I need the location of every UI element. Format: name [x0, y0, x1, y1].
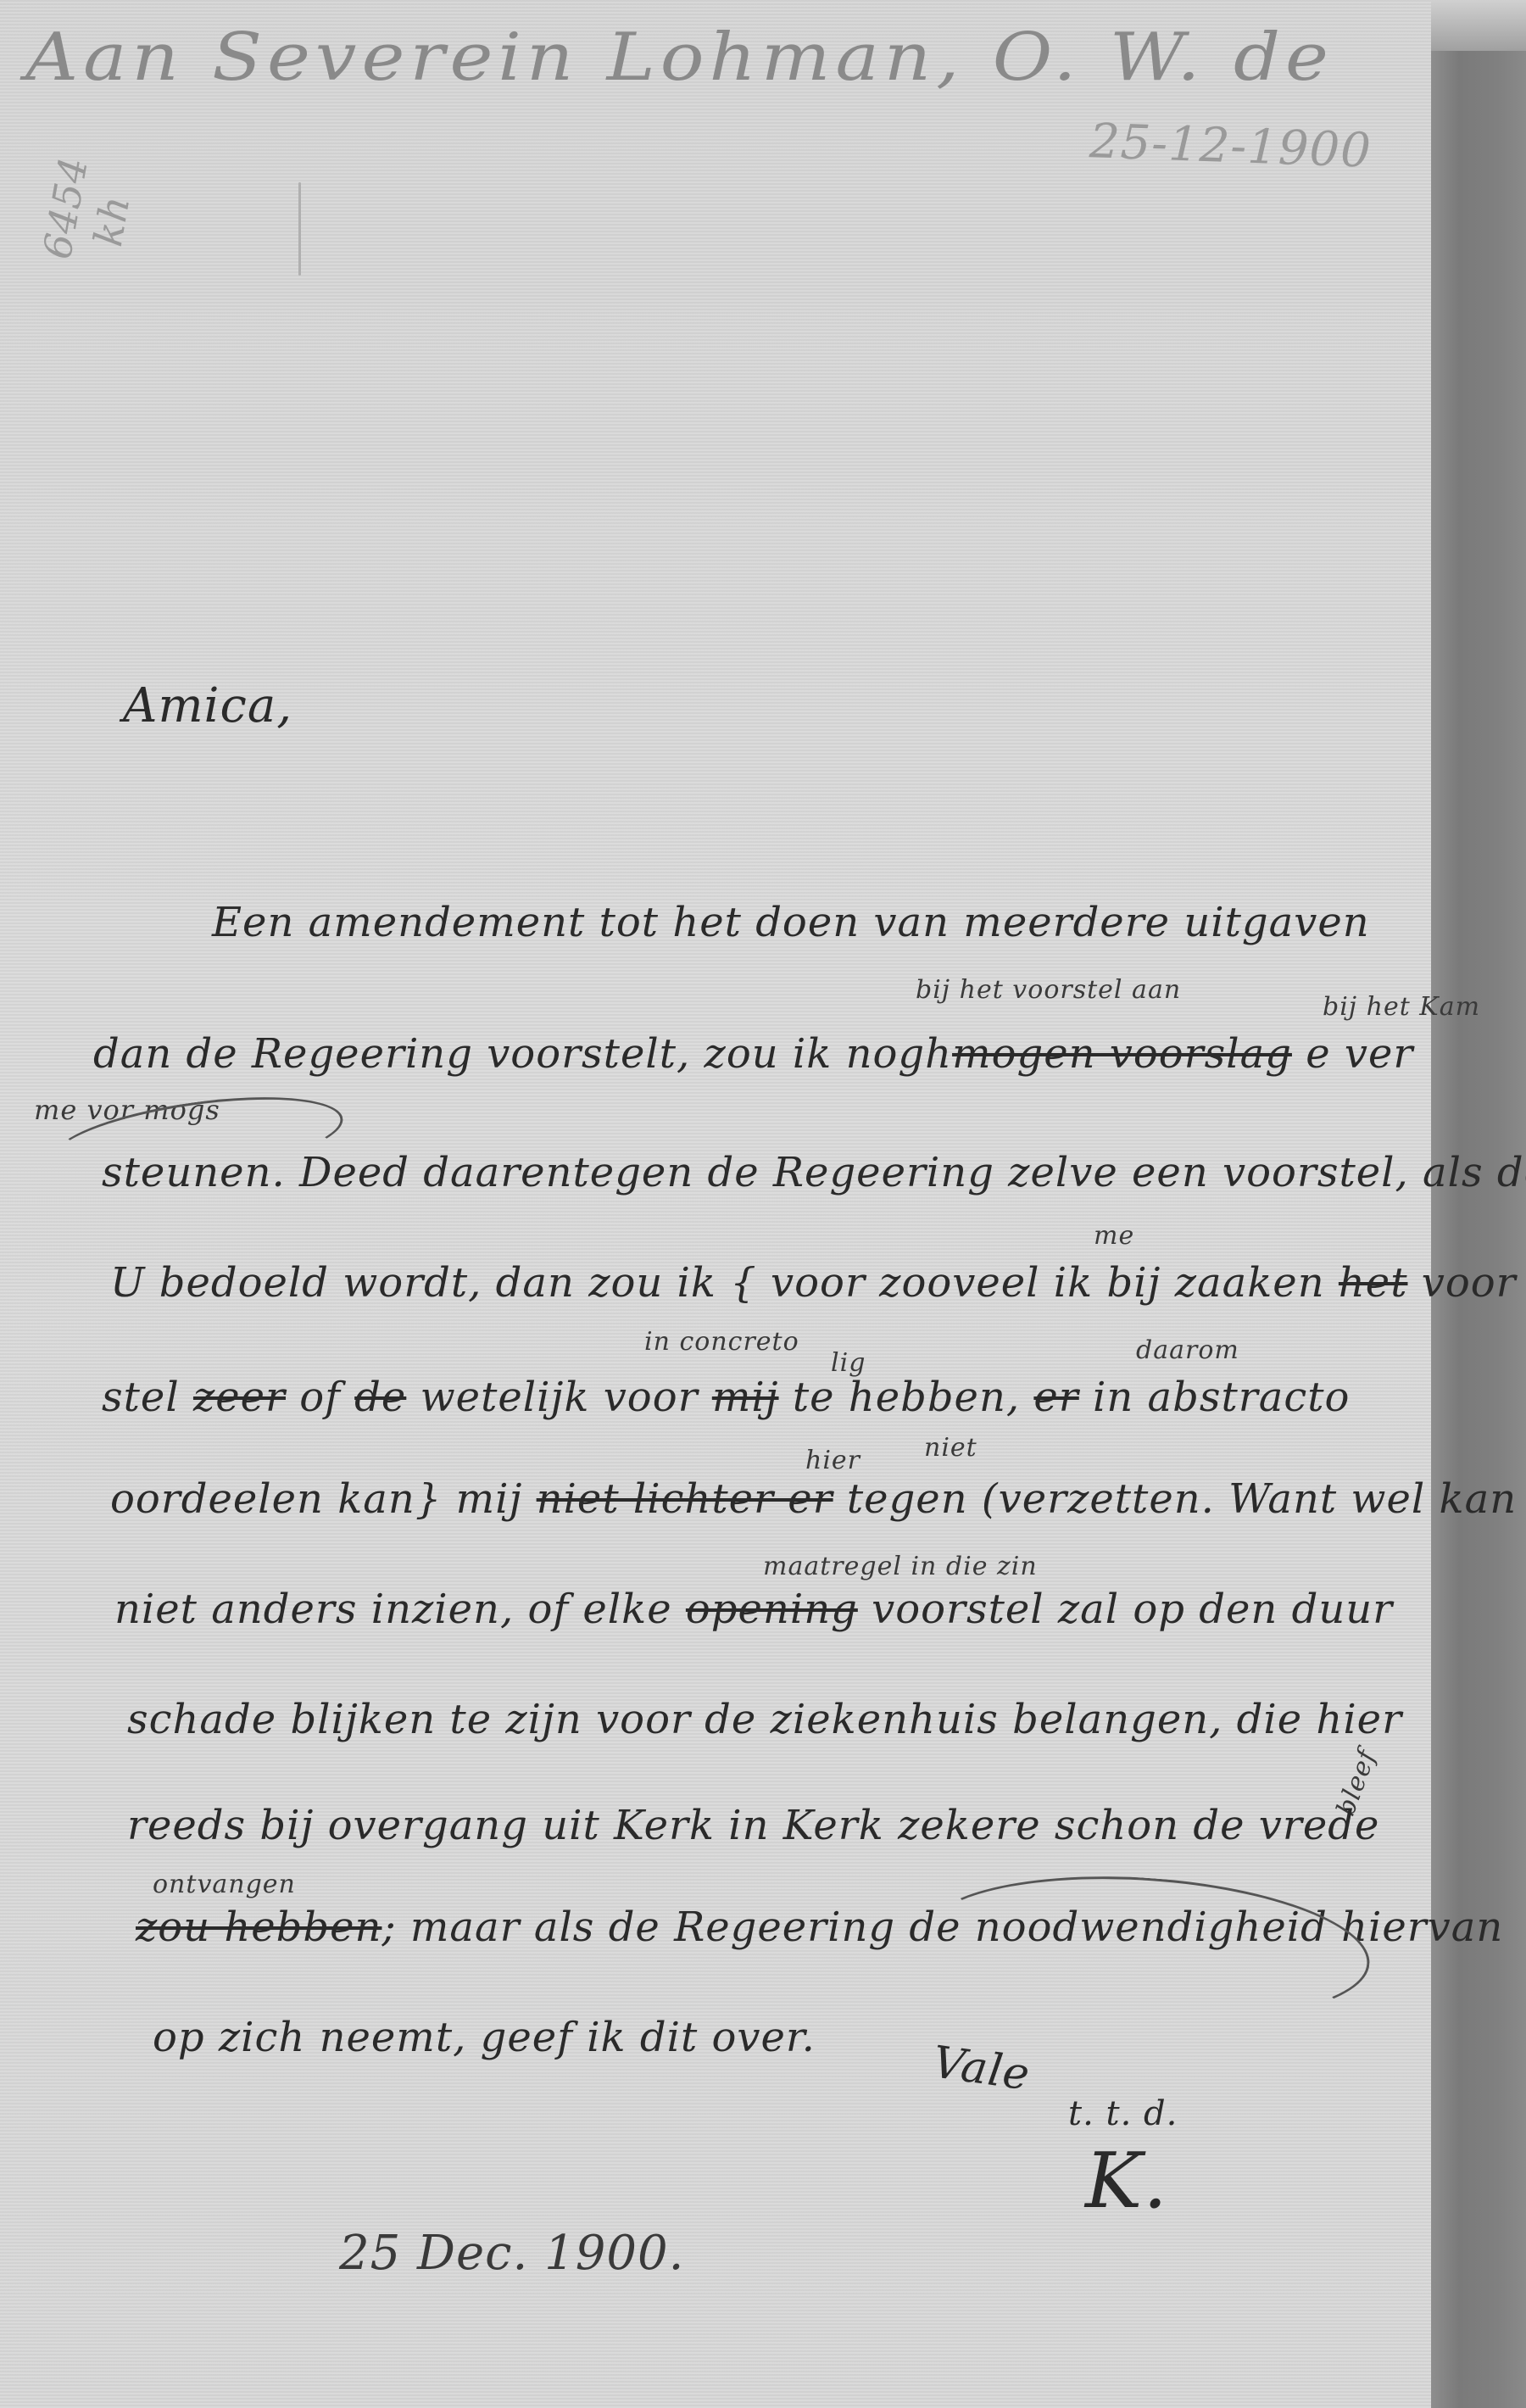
insertion-line-7: maatregel in die zin: [763, 1552, 1038, 1581]
line-5-text-e: wetelijk voor: [406, 1374, 712, 1421]
salutation: Amica,: [123, 678, 292, 733]
line-5-text-c: of: [286, 1374, 354, 1421]
line-4-text-a: U bedoeld wordt, dan zou ik { voor zoove…: [110, 1259, 1339, 1307]
line-5-struck-c: mij: [712, 1374, 779, 1421]
binding-strip: [1431, 51, 1526, 2408]
line-2-text-d: e ver: [1292, 1030, 1413, 1078]
line-5-text-a: stel: [102, 1374, 193, 1421]
line-4-struck: het: [1339, 1259, 1408, 1307]
insertion-line-10: ontvangen: [153, 1870, 296, 1899]
insertion-line-6b: niet: [924, 1433, 977, 1463]
letter-line-3: steunen. Deed daarentegen de Regeering z…: [102, 1149, 1526, 1196]
top-date: 25-12-1900: [1089, 114, 1373, 179]
line-2-struck: mogen voorslag: [952, 1030, 1292, 1078]
header-pencil-note: Aan Severein Lohman, O. W. de: [25, 20, 1334, 96]
insertion-line-5c: daarom: [1136, 1335, 1239, 1365]
letter-line-9: reeds bij overgang uit Kerk in Kerk zeke…: [127, 1802, 1379, 1849]
closing-initials: t. t. d.: [1068, 2094, 1178, 2133]
letter-line-2: dan de Regeering voorstelt, zou ik noghm…: [93, 1030, 1413, 1078]
letter-line-11: op zich neemt, geef ik dit over.: [153, 2014, 816, 2061]
line-6-struck: niet lichter er: [537, 1475, 833, 1523]
line-7-struck: opening: [686, 1586, 858, 1633]
letter-line-4: U bedoeld wordt, dan zou ik { voor zoove…: [110, 1259, 1517, 1307]
signature: K.: [1085, 2137, 1168, 2226]
insertion-line-6a: hier: [805, 1446, 860, 1475]
insertion-line-5a: in concreto: [644, 1327, 799, 1357]
binding-strip-top: [1431, 0, 1526, 51]
letter-line-6: oordeelen kan} mij niet lichter er tegen…: [110, 1475, 1526, 1523]
line-5-struck-d: er: [1033, 1374, 1078, 1421]
line-2-text-b: nogh: [846, 1030, 952, 1078]
line-7-text-c: voorstel zal op den duur: [858, 1586, 1393, 1633]
line-5-text-i: in abstracto: [1079, 1374, 1351, 1421]
letter-line-7: niet anders inzien, of elke opening voor…: [114, 1586, 1393, 1633]
pencil-mark: [298, 182, 301, 276]
line-7-text-a: niet anders inzien, of elke: [114, 1586, 686, 1633]
line-5-struck-a: zeer: [193, 1374, 286, 1421]
bottom-date: 25 Dec. 1900.: [339, 2226, 684, 2281]
letter-line-1: Een amendement tot het doen van meerdere…: [212, 899, 1370, 946]
archive-initials: kh: [85, 192, 139, 249]
insertion-line-4: me: [1094, 1221, 1134, 1251]
line-5-text-g: te hebben,: [779, 1374, 1034, 1421]
line-5-struck-b: de: [354, 1374, 406, 1421]
insertion-line-2a: bij het voorstel aan: [916, 975, 1181, 1005]
line-6-text-a: oordeelen kan} mij: [110, 1475, 537, 1523]
letter-line-8: schade blijken te zijn voor de ziekenhui…: [127, 1696, 1402, 1743]
line-10-struck: zou hebben: [136, 1904, 381, 1951]
line-4-text-c: voor: [1408, 1259, 1517, 1307]
line-2-text-a: dan de Regeering voorstelt, zou ik: [93, 1030, 846, 1078]
line-6-text-c: tegen (verzetten. Want wel kan ik: [833, 1475, 1526, 1523]
letter-line-5: stel zeer of de wetelijk voor mij te heb…: [102, 1374, 1350, 1421]
insertion-line-2b: bij het Kam: [1323, 992, 1480, 1022]
